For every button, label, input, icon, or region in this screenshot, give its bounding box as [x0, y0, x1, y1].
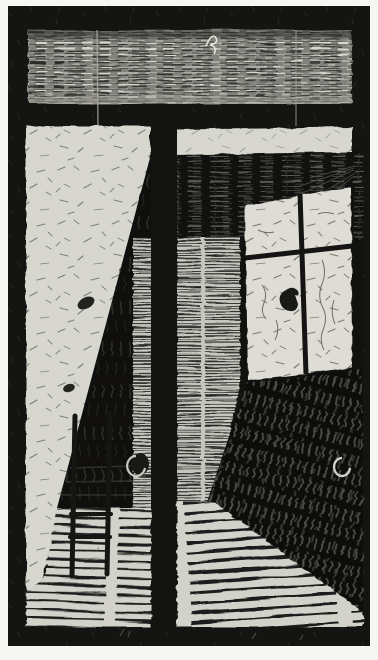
ladder-rail-right: [107, 413, 110, 574]
print-canvas: Black and white woodcut print of an inte…: [0, 0, 378, 660]
transom-strip: [173, 127, 352, 155]
woodcut-print: Black and white woodcut print of an inte…: [0, 0, 378, 660]
lintel-band: [28, 30, 352, 104]
window: [245, 187, 352, 381]
center-post: [151, 107, 177, 626]
ladder-rail-left: [72, 416, 75, 576]
